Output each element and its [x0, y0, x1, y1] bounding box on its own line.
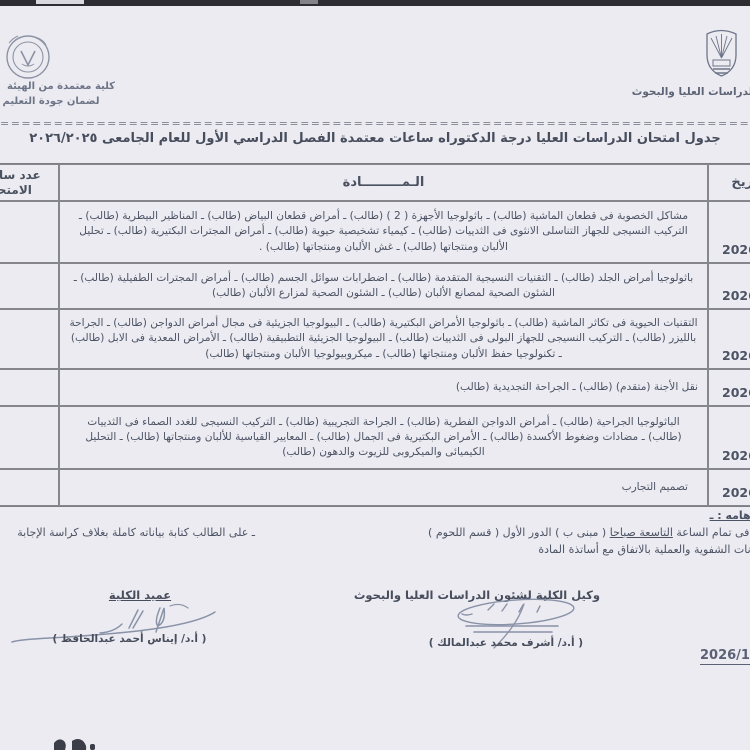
- table-row-hours: 3 س: [0, 369, 59, 406]
- table-row-date: 2026/1: [708, 469, 750, 506]
- note-student-data: ـ على الطالب كتابة بياناته كاملة بغلاف ك…: [0, 526, 255, 539]
- accreditation-stamp-line2: لضمان جودة التعليم: [0, 96, 102, 107]
- table-row-hours: 2 س: [0, 263, 59, 309]
- footer-date: 2026/1: [700, 648, 750, 665]
- notes-heading: ملاحظة هامه : ـ: [705, 509, 750, 522]
- subject-text: الباثولوجيا الجراحية (طالب) ـ أمراض الدو…: [69, 415, 698, 460]
- table-row-date: 2026/1: [708, 201, 750, 263]
- subject-text: مشاكل الخصوبة فى قطعان الماشية (طالب) ـ …: [69, 209, 698, 254]
- scan-artifact: [52, 735, 97, 750]
- separator-line: ========================================…: [0, 117, 750, 130]
- table-row-hours: 2 س: [0, 406, 59, 469]
- table-row-subject: تصميم التجارب: [59, 469, 708, 506]
- scan-top-edge-gap: [36, 0, 84, 4]
- table-row-subject: التقنيات الحيوية فى تكاثر الماشية (طالب)…: [59, 309, 708, 369]
- note-oral-practical: والامتحانات الشفوية والعملية بالاتفاق مع…: [380, 543, 750, 556]
- department-label: الدراسات العليا والبحوث: [628, 86, 750, 98]
- table-row-hours: 3 س: [0, 309, 59, 369]
- scanned-exam-schedule-document: { "accreditation_stamp": { "line1": "كلي…: [0, 0, 750, 750]
- table-row-hours: 3 س: [0, 469, 59, 506]
- note-exam-time: الامتحان فى تمام الساعة التاسعة صباحا ( …: [260, 526, 750, 539]
- column-header-date: التاريخ: [708, 164, 750, 201]
- subject-text: نقل الأجنة (متقدم) (طالب) ـ الجراحة التج…: [69, 380, 698, 395]
- accreditation-seal-icon: [6, 31, 52, 83]
- table-row-date: 2026/1: [708, 263, 750, 309]
- table-row-subject: الباثولوجيا الجراحية (طالب) ـ أمراض الدو…: [59, 406, 708, 469]
- subject-text: تصميم التجارب: [69, 480, 698, 495]
- table-row-subject: باثولوجيا أمراض الجلد (طالب) ـ التقنيات …: [59, 263, 708, 309]
- table-row-hours: 3 س: [0, 201, 59, 263]
- table-row-subject: نقل الأجنة (متقدم) (طالب) ـ الجراحة التج…: [59, 369, 708, 406]
- note-exam-time-post: ( مبنى ب ) الدور الأول ( قسم اللحوم ): [428, 526, 610, 539]
- dean-name: ( أ.د/ إيناس أحمد عبدالحافظ ): [52, 633, 207, 645]
- exam-schedule-table: التاريخ الـمـــــــــادة عدد ساعات الامت…: [0, 163, 750, 507]
- table-row-subject: مشاكل الخصوبة فى قطعان الماشية (طالب) ـ …: [59, 201, 708, 263]
- page-title: جدول امتحان الدراسات العليا درجة الدكتور…: [0, 131, 750, 146]
- scan-top-edge: [0, 0, 750, 6]
- note-exam-time-pre: الامتحان فى تمام الساعة: [673, 526, 750, 539]
- university-crest-icon: [703, 28, 741, 78]
- table-row-date: 2026/1: [708, 369, 750, 406]
- column-header-hours: عدد ساعات الامتحان: [0, 164, 59, 201]
- table-row-date: 2026/1: [708, 406, 750, 469]
- table-row-date: 2026/1: [708, 309, 750, 369]
- scan-top-edge-gap: [300, 0, 318, 4]
- subject-text: باثولوجيا أمراض الجلد (طالب) ـ التقنيات …: [69, 271, 698, 301]
- accreditation-stamp-line1: كلية معتمدة من الهيئة: [2, 81, 120, 92]
- vice-dean-name: ( أ.د/ أشرف محمد عبدالمالك ): [438, 637, 583, 649]
- note-exam-time-underlined: التاسعة صباحا: [610, 526, 673, 539]
- subject-text: التقنيات الحيوية فى تكاثر الماشية (طالب)…: [69, 316, 698, 361]
- column-header-subject: الـمـــــــــادة: [59, 164, 708, 201]
